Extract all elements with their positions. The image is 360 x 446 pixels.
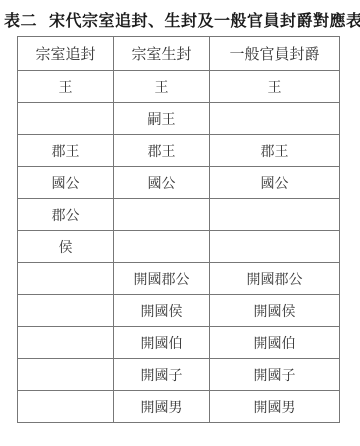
table-cell	[18, 295, 114, 327]
table-cell: 郡王	[18, 135, 114, 167]
table-row: 王 王 王	[18, 71, 340, 103]
table-cell: 王	[18, 71, 114, 103]
table-cell	[114, 199, 210, 231]
table-row: 開國伯 開國伯	[18, 327, 340, 359]
table-row: 開國侯 開國侯	[18, 295, 340, 327]
table-cell: 王	[210, 71, 340, 103]
table-row: 國公 國公 國公	[18, 167, 340, 199]
table-cell: 國公	[210, 167, 340, 199]
table-row: 郡王 郡王 郡王	[18, 135, 340, 167]
table-cell: 開國伯	[210, 327, 340, 359]
table-title: 宋代宗室追封、生封及一般官員封爵對應表	[49, 11, 360, 30]
table-row: 開國男 開國男	[18, 391, 340, 423]
table-cell: 開國侯	[114, 295, 210, 327]
table-cell	[18, 327, 114, 359]
table-row: 開國郡公 開國郡公	[18, 263, 340, 295]
header-row: 宗室追封 宗室生封 一般官員封爵	[18, 37, 340, 71]
table-row: 嗣王	[18, 103, 340, 135]
table-cell: 嗣王	[114, 103, 210, 135]
table-number: 表二	[4, 11, 37, 30]
table-cell: 開國男	[210, 391, 340, 423]
table-cell	[18, 359, 114, 391]
table-cell: 開國男	[114, 391, 210, 423]
table-cell	[18, 103, 114, 135]
table-cell: 開國郡公	[114, 263, 210, 295]
table-cell	[210, 231, 340, 263]
table-cell: 郡公	[18, 199, 114, 231]
table-cell	[18, 391, 114, 423]
header-living-imperial: 宗室生封	[114, 37, 210, 71]
table-cell: 開國侯	[210, 295, 340, 327]
table-cell: 開國子	[114, 359, 210, 391]
table-cell: 開國子	[210, 359, 340, 391]
table-cell	[18, 263, 114, 295]
table-cell: 郡王	[210, 135, 340, 167]
table-cell: 國公	[114, 167, 210, 199]
header-official-titles: 一般官員封爵	[210, 37, 340, 71]
table-row: 開國子 開國子	[18, 359, 340, 391]
table-cell: 開國郡公	[210, 263, 340, 295]
table-caption: 表二宋代宗室追封、生封及一般官員封爵對應表	[4, 8, 360, 28]
table-cell: 國公	[18, 167, 114, 199]
table-cell: 郡王	[114, 135, 210, 167]
table-cell: 侯	[18, 231, 114, 263]
table-cell: 開國伯	[114, 327, 210, 359]
header-posthumous-imperial: 宗室追封	[18, 37, 114, 71]
table-cell	[210, 103, 340, 135]
table-cell: 王	[114, 71, 210, 103]
table-row: 郡公	[18, 199, 340, 231]
table-cell	[114, 231, 210, 263]
table-cell	[210, 199, 340, 231]
title-correspondence-table: 宗室追封 宗室生封 一般官員封爵 王 王 王 嗣王 郡王 郡王 郡王 國公 國公…	[17, 36, 340, 423]
table-row: 侯	[18, 231, 340, 263]
